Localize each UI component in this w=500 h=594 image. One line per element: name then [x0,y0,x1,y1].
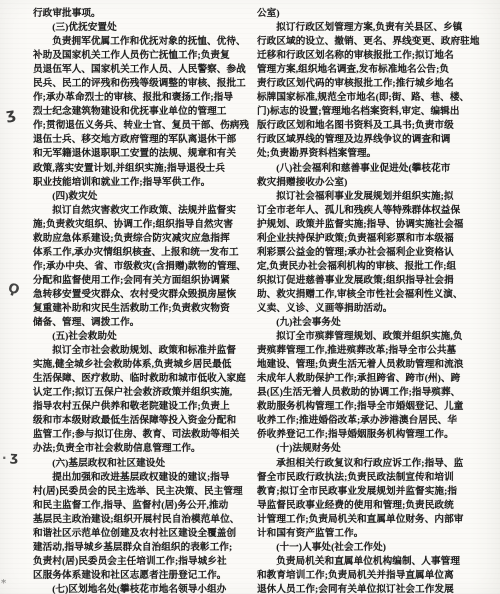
text-line: 定,负责民办社会福利机构的审核、报批工作;组 [257,260,477,274]
text-line: 和教育培训工作;负责局机关并指导直属单位离 [257,569,477,583]
text-line: 地建设、管理;负责生活无着人员救助管理和流浪 [257,358,477,372]
text-line: 退伍士兵、移交地方政府管理的军队离退休干部 [33,133,253,147]
text-line: 利彩票公益金的管理;承办社会福利企业资格认 [257,246,477,260]
text-line: 拟订社会福利事业发展规划并组织实施;拟 [257,190,477,204]
text-line: 施;负责救灾组织、协调工作;组织指导自然灾害 [33,218,253,232]
pen-mark-icon: Ϙ [6,282,21,298]
text-line: 民兵、民工的评残和伤残等级调整的审核、报批工 [33,77,253,91]
text-line: 生活保障、医疗救助、临时救助和城市低收入家庭 [33,372,253,386]
section-heading: (八)社会福利和慈善事业促进处(攀枝花市 [257,162,477,176]
text-line: 利企业扶持保护政策;负责福利彩票和市本级福 [257,232,477,246]
text-line: 烈士纪念建筑物建设和优抚事业单位的管理工 [33,105,253,119]
text-line: 办法;负责全市社会救助信息管理工作。 [33,442,253,456]
text-line: 作;贯彻退伍义务兵、转业士官、复员干部、伤病残 [33,119,253,133]
text-line: 提出加强和改进基层政权建设的建议;指导 [33,471,253,485]
text-line: 和谐社区示范单位创建及农村社区建设全覆盖创 [33,527,253,541]
text-line: 指导农村五保户供养和敬老院建设工作;负责上 [33,400,253,414]
text-line: 教育;拟订全市民政事业发展规划并监督实施;指 [257,485,477,499]
pen-mark-icon: * [1,579,6,589]
text-line: 负责局机关和直属单位机构编制、人事管理 [257,555,477,569]
text-line: 拟订行政区划管理方案,负责有关县区、乡镇 [257,21,477,35]
text-line: 拟订全市社会救助规划、政策和标准并监督 [33,344,253,358]
pen-mark-icon: ʒ [10,451,19,465]
text-line: 急转移安置受灾群众、农村受灾群众毁损房屋恢 [33,288,253,302]
text-line: 区服务体系建设和社区志愿者注册登记工作。 [33,569,253,583]
text-line: 行政审批事项。 [33,7,253,21]
text-line: 拟订自然灾害救灾工作政策、法规并监督实 [33,204,253,218]
text-line: 分配和监督使用工作;会同有关方面组织协调紧 [33,274,253,288]
text-line: 认定工作;拟订五保户社会救济政策并组织实施, [33,386,253,400]
text-line: 储备、管理、调拨工作。 [33,316,253,330]
text-line: 未成年人救助保护工作;承担跨省、跨市(州)、跨 [257,372,477,386]
section-heading: (七)区划地名处(攀枝花市地名领导小组办 [33,583,253,594]
section-heading: 救灾捐赠接收办公室) [257,176,477,190]
text-line: 实施,健全城乡社会救助体系,负责城乡居民最低 [33,358,253,372]
text-line: 县(区)生活无着人员救助的协调工作;指导殡葬、 [257,386,477,400]
section-heading: 公室) [257,7,477,21]
text-line: 标牌国家标准,规范全市地名(即;街、路、巷、楼、 [257,91,477,105]
column-left: 行政审批事项。(三)优抚安置处负责拥军优属工作和优抚对象的抚恤、优待、补助及国家… [33,7,253,594]
text-line: 救助应急体系建设;负责综合防灾减灾应急指挥 [33,232,253,246]
text-line: 督全市民政行政执法;负责民政法制宣传和培训 [257,471,477,485]
text-line: 行政区域界线的管理及边界线争议的调查和调 [257,133,477,147]
text-line: 和无军籍退休退职职工安置的法规、规章和有关 [33,147,253,161]
text-line: 救助服务机构管理工作;指导全市婚姻登记、儿童 [257,400,477,414]
text-line: 作;承办革命烈士的审核、报批和褒扬工作;指导 [33,91,253,105]
text-line: 计管理工作;负责局机关和直属单位财务、内部审 [257,513,477,527]
text-line: 导监督民政事业经费的使用和管理;负责民政统 [257,499,477,513]
text-line: 建活动,指导城乡基层群众自治组织的表彰工作; [33,541,253,555]
text-line: 迁移和行政区划名称的审核报批工作;拟订地名 [257,49,477,63]
section-heading: (十一)人事处(社会工作处) [257,541,477,555]
text-line: 拟订全市殡葬管理规划、政策并组织实施,负 [257,330,477,344]
pen-mark-icon: ʒ [5,106,17,122]
text-line: 计和国有资产监管工作。 [257,527,477,541]
section-heading: (三)优抚安置处 [33,21,253,35]
text-line: 补助及国家机关工作人员伤亡抚恤工作;负责复 [33,49,253,63]
text-line: 政策,落实安置计划,并组织实施;指导退役士兵 [33,162,253,176]
pen-mark-icon: · [2,452,7,464]
text-line: 责行政区划代码的审核报批工作;推行城乡地名 [257,77,477,91]
text-line: 承担相关行政复议和行政应诉工作;指导、监 [257,457,477,471]
text-line: 收养工作;推进婚俗改革;承办涉港澳台居民、华 [257,414,477,428]
section-heading: (四)救灾处 [33,190,253,204]
section-heading: (五)社会救助处 [33,330,253,344]
text-line: 行政区域的设立、撤销、更名、界线变更、政府驻地 [257,35,477,49]
scanned-page: 行政审批事项。(三)优抚安置处负责拥军优属工作和优抚对象的抚恤、优待、补助及国家… [0,0,500,594]
text-line: 员退伍军人、国家机关工作人员、人民警察、参战 [33,63,253,77]
text-line: 退休人员工作;会同有关单位拟订社会工作发展 [257,583,477,594]
text-line: 体系工作,承办灾情组织核查、上报和统一发布工 [33,246,253,260]
column-right: 公室)拟订行政区划管理方案,负责有关县区、乡镇行政区域的设立、撤销、更名、界线变… [257,7,477,594]
text-line: 订全市老年人、孤儿和残疾人等特殊群体权益保 [257,204,477,218]
section-heading: (九)社会事务处 [257,316,477,330]
text-line: 责殡葬管理工作,推进殡葬改革;指导全市公共墓 [257,344,477,358]
text-line: 村(居)民委员会的民主选举、民主决策、民主管理 [33,485,253,499]
text-line: 职业技能培训和就业工作;指导军供工作。 [33,176,253,190]
text-line: 负责拥军优属工作和优抚对象的抚恤、优待、 [33,35,253,49]
text-line: 负责村(居)民委员会主任培训工作;指导城乡社 [33,555,253,569]
text-line: 基层民主政治建设;组织开展村民自治模范单位、 [33,513,253,527]
text-line: 版行政区划和地名图书资料及工具书;负责市级 [257,119,477,133]
text-line: 门)标志的设置;管理地名档案资料,审定、编辑出 [257,105,477,119]
text-line: 义卖、义诊、义画等捐助活动。 [257,302,477,316]
text-line: 管理方案,组织地名调查,发布标准地名公告;负 [257,63,477,77]
text-line: 监管工作;参与拟订住房、教育、司法救助等相关 [33,428,253,442]
text-line: 复重建补助和灾民生活救助工作;负责救灾物资 [33,302,253,316]
text-line: 级和市本级财政最低生活保障等投入资金分配和 [33,414,253,428]
text-line: 助、救灾捐赠工作,审核全市性社会福利性义演、 [257,288,477,302]
text-line: 侨收养登记工作;指导婚姻服务机构管理工作。 [257,428,477,442]
text-line: 和民主监督工作,指导、监督村(居)务公开,推动 [33,499,253,513]
text-line: 织拟订促进慈善事业发展政策;组织指导社会捐 [257,274,477,288]
text-line: 作;承办中央、省、市级救灾(含捐赠)款物的管理、 [33,260,253,274]
text-line: 护规划、政策并监督实施;指导、协调实施社会福 [257,218,477,232]
text-line: 处;负责勘界资料档案管理。 [257,147,477,161]
section-heading: (六)基层政权和社区建设处 [33,457,253,471]
section-heading: (十)法规财务处 [257,442,477,456]
